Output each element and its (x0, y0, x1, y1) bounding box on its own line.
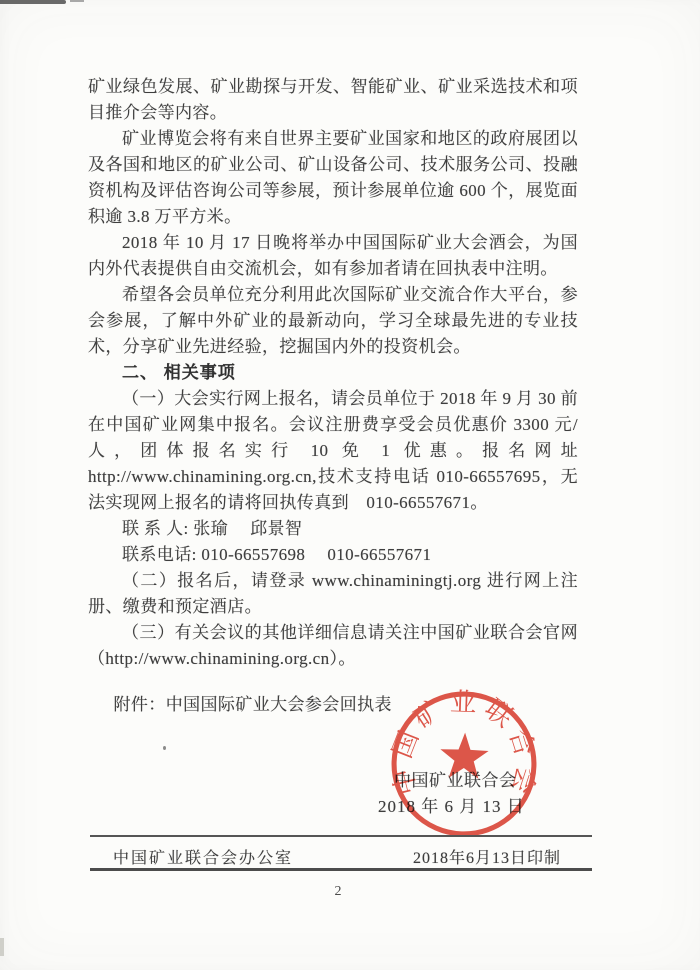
scanned-document-page: 矿业绿色发展、矿业勘探与开发、智能矿业、矿业采选技术和项目推介会等内容。 矿业博… (0, 0, 700, 970)
footer-bottom-rule (90, 868, 592, 871)
official-red-seal: 中国矿业联合会 (386, 686, 541, 841)
footer-top-rule (90, 835, 592, 837)
body-paragraph: 矿业博览会将有来自世界主要矿业国家和地区的政府展团以及各国和地区的矿业公司、矿山… (88, 126, 578, 230)
footer-print-date: 2018年6月13日印制 (413, 845, 561, 868)
body-paragraph: 2018 年 10 月 17 日晚将举办中国国际矿业大会酒会，为国内外代表提供自… (88, 230, 578, 282)
scan-artifact-top-smudge-small (70, 0, 84, 2)
page-number: 2 (88, 884, 588, 900)
body-paragraph: （三）有关会议的其他详细信息请关注中国矿业联合会官网（http://www.ch… (88, 620, 578, 672)
body-paragraph: （一）大会实行网上报名，请会员单位于 2018 年 9 月 30 前在中国矿业网… (88, 386, 578, 516)
scan-artifact-speck (163, 746, 166, 750)
scan-artifact-top-smudge (0, 0, 66, 4)
footer-office-name: 中国矿业联合会办公室 (113, 845, 293, 868)
contact-person-line: 联 系 人: 张瑜 邱景智 (88, 516, 578, 542)
seal-star-icon (439, 732, 489, 779)
letter-body: 矿业绿色发展、矿业勘探与开发、智能矿业、矿业采选技术和项目推介会等内容。 矿业博… (88, 74, 578, 718)
section-heading: 二、 相关事项 (88, 360, 578, 386)
body-paragraph: 矿业绿色发展、矿业勘探与开发、智能矿业、矿业采选技术和项目推介会等内容。 (88, 74, 578, 126)
body-paragraph: （二）报名后，请登录 www.chinaminingtj.org 进行网上注册、… (88, 568, 578, 620)
scan-artifact-edge-mark (0, 938, 4, 956)
contact-phone-line: 联系电话: 010-66557698 010-66557671 (88, 542, 578, 568)
body-paragraph: 希望各会员单位充分利用此次国际矿业交流合作大平台，参会参展，了解中外矿业的最新动… (88, 282, 578, 360)
